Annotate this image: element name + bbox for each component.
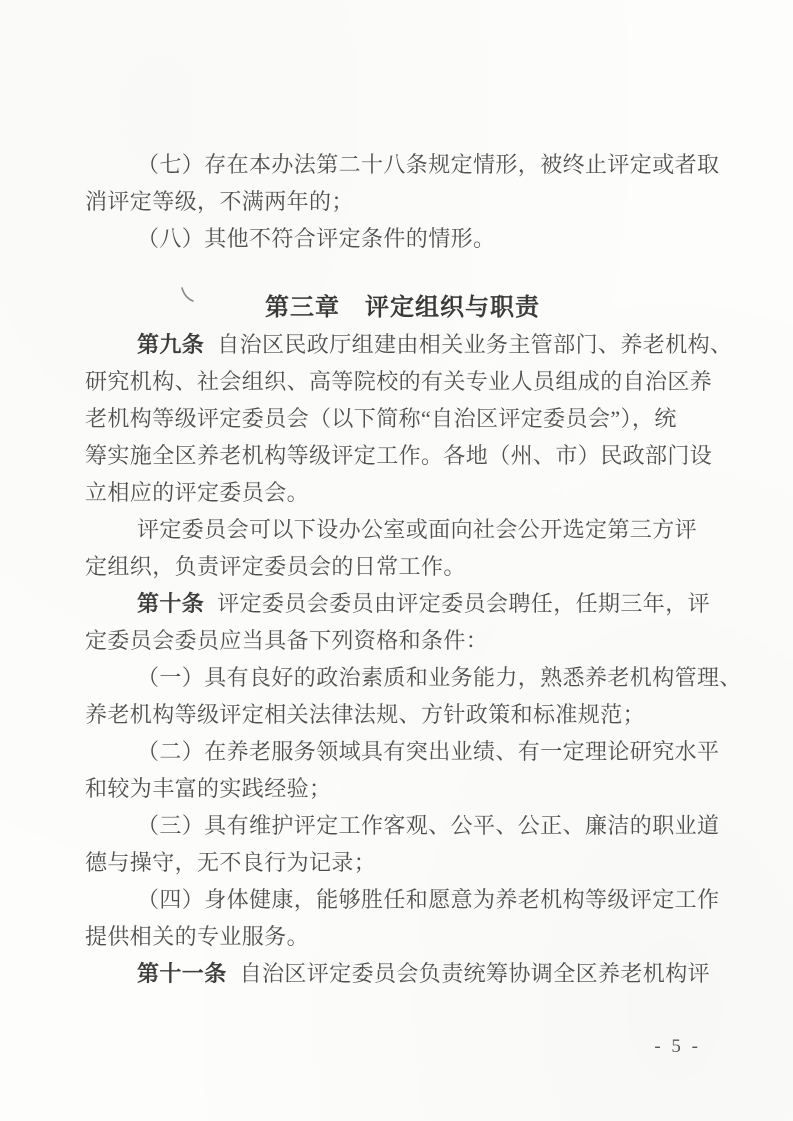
text-line: 定组织，负责评定委员会的日常工作。 xyxy=(85,548,720,585)
line-text: 评定委员会委员由评定委员会聘任，任期三年，评 xyxy=(217,591,710,616)
line-text: 养老机构等级评定相关法律法规、方针政策和标准规范； xyxy=(85,702,645,727)
line-text: 自治区民政厅组建由相关业务主管部门、养老机构、 xyxy=(217,332,732,357)
line-text: 研究机构、社会组织、高等院校的有关专业人员组成的自治区养 xyxy=(85,369,712,394)
text-line: 提供相关的专业服务。 xyxy=(85,918,720,955)
line-text: 定组织，负责评定委员会的日常工作。 xyxy=(85,554,466,579)
article-number: 第十条 xyxy=(137,591,204,616)
page-number: - 5 - xyxy=(654,1036,701,1058)
text-line: （一）具有良好的政治素质和业务能力，熟悉养老机构管理、 xyxy=(85,659,720,696)
text-line: （三）具有维护评定工作客观、公平、公正、廉洁的职业道 xyxy=(85,807,720,844)
text-line: （八）其他不符合评定条件的情形。 xyxy=(85,220,720,257)
document-body: （七）存在本办法第二十八条规定情形，被终止评定或者取 消评定等级，不满两年的； … xyxy=(85,146,720,992)
line-text: 老机构等级评定委员会（以下简称“自治区评定委员会”），统 xyxy=(85,406,677,431)
line-text: 立相应的评定委员会。 xyxy=(85,480,309,505)
line-text: 评定委员会可以下设办公室或面向社会公开选定第三方评 xyxy=(137,517,697,542)
text-line: 养老机构等级评定相关法律法规、方针政策和标准规范； xyxy=(85,696,720,733)
line-text: （三）具有维护评定工作客观、公平、公正、廉洁的职业道 xyxy=(137,813,719,838)
text-line: 老机构等级评定委员会（以下简称“自治区评定委员会”），统 xyxy=(85,400,720,437)
line-text: 筹实施全区养老机构等级评定工作。各地（州、市）民政部门设 xyxy=(85,443,712,468)
text-line: 第十条评定委员会委员由评定委员会聘任，任期三年，评 xyxy=(85,585,720,622)
line-text: （七）存在本办法第二十八条规定情形，被终止评定或者取 xyxy=(137,152,719,177)
text-line: 第九条自治区民政厅组建由相关业务主管部门、养老机构、 xyxy=(85,326,720,363)
line-text: 和较为丰富的实践经验； xyxy=(85,776,331,801)
article-number: 第十一条 xyxy=(137,961,227,986)
line-text: 定委员会委员应当具备下列资格和条件： xyxy=(85,628,488,653)
text-line: （七）存在本办法第二十八条规定情形，被终止评定或者取 xyxy=(85,146,720,183)
line-text: （四）身体健康，能够胜任和愿意为养老机构等级评定工作 xyxy=(137,887,719,912)
line-text: （八）其他不符合评定条件的情形。 xyxy=(137,226,495,251)
text-line: 筹实施全区养老机构等级评定工作。各地（州、市）民政部门设 xyxy=(85,437,720,474)
text-line: （四）身体健康，能够胜任和愿意为养老机构等级评定工作 xyxy=(85,881,720,918)
line-text: 德与操守，无不良行为记录； xyxy=(85,850,376,875)
line-text: （一）具有良好的政治素质和业务能力，熟悉养老机构管理、 xyxy=(137,665,742,690)
article-number: 第九条 xyxy=(137,332,204,357)
line-text: （二）在养老服务领域具有突出业绩、有一定理论研究水平 xyxy=(137,739,719,764)
text-line: 消评定等级，不满两年的； xyxy=(85,183,720,220)
text-line: 第十一条自治区评定委员会负责统筹协调全区养老机构评 xyxy=(85,955,720,992)
text-line: 和较为丰富的实践经验； xyxy=(85,770,720,807)
text-line: （二）在养老服务领域具有突出业绩、有一定理论研究水平 xyxy=(85,733,720,770)
text-line: 研究机构、社会组织、高等院校的有关专业人员组成的自治区养 xyxy=(85,363,720,400)
scan-artifact-mark xyxy=(179,286,197,306)
text-line: 评定委员会可以下设办公室或面向社会公开选定第三方评 xyxy=(85,511,720,548)
text-line: 定委员会委员应当具备下列资格和条件： xyxy=(85,622,720,659)
scanned-document-page: （七）存在本办法第二十八条规定情形，被终止评定或者取 消评定等级，不满两年的； … xyxy=(0,0,793,1121)
text-line: 德与操守，无不良行为记录； xyxy=(85,844,720,881)
text-line: 立相应的评定委员会。 xyxy=(85,474,720,511)
line-text: 消评定等级，不满两年的； xyxy=(85,189,354,214)
line-text: 自治区评定委员会负责统筹协调全区养老机构评 xyxy=(240,961,710,986)
line-text: 提供相关的专业服务。 xyxy=(85,924,309,949)
